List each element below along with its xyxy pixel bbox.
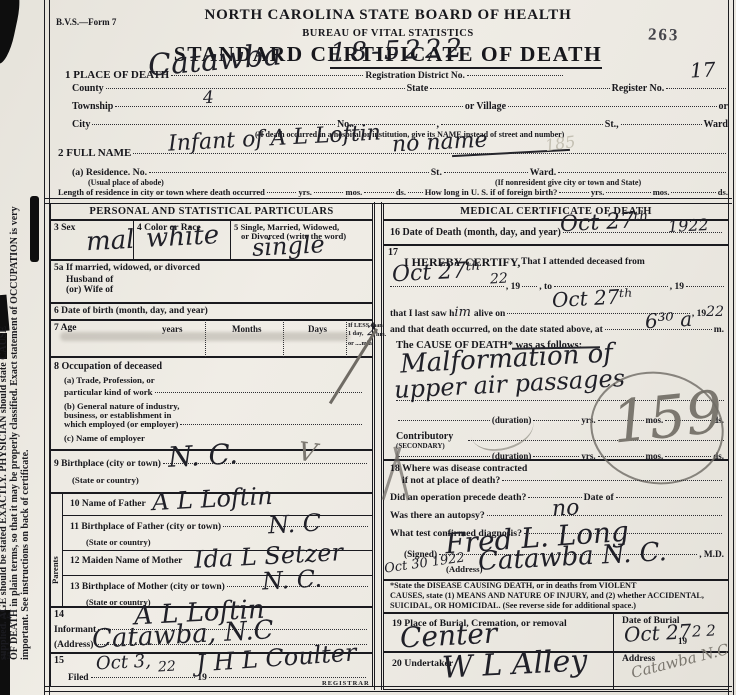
row-divider [62,575,373,576]
hw-filed-date: Oct 3, [96,653,152,674]
hw-mother-birthplace: N. C. [261,566,322,593]
filed-label: Filed [68,674,89,684]
dotted-leader [314,190,344,193]
dotted-leader [467,73,563,76]
hw-burial-year: 2 2 [692,623,717,639]
hw-attended-from: Oct 27ᵗʰ [391,260,481,287]
footnote-line-2: CAUSES, state (1) MEANS AND NATURE OF IN… [390,592,704,600]
dotted-leader [209,675,366,678]
dotted-leader [267,190,297,193]
burial-19-label: 19 [678,637,687,646]
dotted-leader [408,190,423,193]
occupation-a-label-2: particular kind of work [64,388,153,397]
hw-race: white [145,222,219,252]
margin-note-line: important. See instructions on back of c… [20,60,31,660]
register-no-label: Register No. [612,84,665,94]
center-column-rule [374,202,382,690]
last-saw-pre-label: that I last saw h [390,310,454,320]
dotted-leader [444,170,528,173]
length-label: Length of residence in city or town wher… [58,188,265,197]
howlong-label: How long in U. S. if of foreign birth? [425,188,558,197]
dotted-leader [502,478,722,481]
stamp-number: 263 [648,25,680,43]
hw-no-name: no name [391,130,488,157]
dotted-leader [115,104,463,107]
father-name-label: 10 Name of Father [70,500,146,510]
hw-last-saw-year: 22 [706,305,724,319]
disease-contracted-line: if not at place of death? [402,476,724,486]
dotted-leader [686,284,724,287]
hw-last-saw-date: Oct 27ᵗʰ [552,286,634,310]
hw-filed-year: 22 [158,660,177,675]
occupation-b-line: which employed (or employer) [64,420,364,429]
scan-artifact [0,0,24,66]
dotted-leader [533,454,579,457]
occupation-a-label-1: (a) Trade, Profession, or [64,376,155,385]
dotted-leader [106,86,405,89]
dotted-leader [508,104,717,107]
ward-label: Ward [704,120,728,130]
dotted-leader [522,284,537,287]
registrar-label: REGISTRAR [322,681,370,688]
operation-label: Did an operation precede death? [390,493,526,503]
hw-father-birthplace: N. C [267,511,321,538]
date-of-birth-label: 6 Date of birth (month, day, and year) [54,307,208,317]
occupation-b-label-3: which employed (or employer) [64,420,178,429]
margin-note: supplied. AGE should be stated EXACTLY. … [0,60,32,660]
hw-undertaker-signature: W L Alley [441,646,588,684]
board-title: NORTH CAROLINA STATE BOARD OF HEALTH [44,8,732,23]
contributory-label: Contributory [396,432,453,442]
county-line: County State Register No. [72,84,728,94]
sex-label: 3 Sex [54,224,75,234]
occupation-label: 8 Occupation of deceased [54,362,162,372]
mother-birthplace-line: 13 Birthplace of Mother (city or town) [70,583,370,593]
occupation-a-line: particular kind of work [64,388,364,397]
footnote-line-1: *State the DISEASE CAUSING DEATH, or in … [390,582,636,590]
duration2-label: (duration) [492,452,532,461]
registration-district-label: Registration District No. [365,72,464,82]
burial-cell-divider [613,613,614,652]
hw-father-name: A L Loftin [151,484,273,514]
father-birthplace-line: 11 Birthplace of Father (city or town) [70,523,370,533]
st-label: St., [605,120,619,130]
item-15-number: 15 [54,656,64,666]
dotted-leader [616,495,722,498]
birthplace-sub-label: (State or country) [72,476,139,485]
less-than-label-1: If LESS than [348,323,383,329]
dotted-leader [671,190,715,193]
birthplace-label: 9 Birthplace (city or town) [54,460,161,470]
city-label: City [72,120,90,130]
mother-birthplace-label: 13 Birthplace of Mother (city or town) [70,583,225,593]
dotted-leader [149,170,429,173]
cell-divider [230,220,231,260]
hw-attended-from-year: 22 [490,272,509,287]
mos2-label: mos. [653,188,670,197]
hw-time-of-death: 6³⁰ a [645,309,693,331]
physician-address-label: (Address) [446,565,483,574]
item-14-number: 14 [54,610,64,620]
hw-him: im [454,306,471,319]
undertaker-cell-divider [613,652,614,690]
yrs-label: yrs. [298,188,311,197]
hw-marital: single [251,232,325,260]
death-certificate-scan: 14 15 supplied. AGE should be stated EXA… [0,0,736,695]
dotted-leader [606,190,650,193]
dotted-leader [91,675,196,678]
row-divider [62,515,373,516]
yrs2-label: yrs. [591,188,604,197]
dotted-leader [398,454,490,457]
less-than-label-2: 1 day, [348,331,363,337]
dotted-leader [559,190,589,193]
hw-sex: mal [85,227,135,256]
informant-address-label: (Address) [54,641,93,651]
county-label: County [72,84,104,94]
dotted-leader [621,122,702,125]
dotted-leader [155,390,362,393]
dotted-leader [430,86,609,89]
parents-side-label: Parents [51,556,60,584]
city-line: City No. , St., Ward [72,120,728,130]
residence-line: (a) Residence. No. St. Ward. [72,168,728,178]
father-birthplace-sub-label: (State or country) [86,538,151,547]
item-5a-label: 5a If married, widowed, or divorced [54,264,200,274]
hw-registration-district: 18-5222 [330,36,467,67]
or-label: or [719,102,728,112]
footnote-line-3: SUICIDAL, OR HOMICIDAL. (See reverse sid… [390,602,636,610]
autopsy-label: Was there an autopsy? [390,511,485,521]
wife-of-label: (or) Wife of [66,286,113,296]
hw-date-of-death-year: 1922 [668,217,710,235]
personal-section-title: PERSONAL AND STATISTICAL PARTICULARS [50,207,373,218]
hw-township: 4 [203,90,215,108]
duration2-yrs-label: yrs. [581,452,595,461]
township-label: Township [72,102,113,112]
residence-label: (a) Residence. No. [72,168,147,178]
faint-stamp: 185 [544,134,576,154]
dotted-leader [558,170,726,173]
township-line: Township or Village or [72,102,728,112]
length-of-residence-line: Length of residence in city or town wher… [58,188,728,197]
hw-check-mark: V [296,439,318,467]
informant-label: Informant [54,626,96,636]
occupation-c-label: (c) Name of employer [64,434,145,443]
dotted-leader [533,418,579,421]
to-label: , to [539,283,552,293]
death-occurred-label: and that death occurred, on the date sta… [390,326,603,336]
dotted-leader [441,122,603,125]
last-saw-19-label: , 19 [692,310,706,320]
pencil-smudge [60,332,350,341]
nonresident-note: (If nonresident give city or town and St… [495,179,641,187]
full-name-label: 2 FULL NAME [58,148,131,159]
dotted-leader [180,422,362,425]
to-19-label: , 19 [670,283,684,293]
secondary-label: (SECONDARY) [396,443,445,450]
hw-date-of-death: Oct 27ᵗʰ [559,210,649,237]
comma: , [437,120,440,130]
mos-label: mos. [345,188,362,197]
md-label: , M.D. [699,551,724,560]
date-of-death-label: 16 Date of Death (month, day, and year) [390,228,561,238]
village-label: or Village [465,102,506,112]
operation-date-of-label: Date of [584,493,614,503]
ds2-label: ds. [718,188,728,197]
certify-rest-label: That I attended deceased from [521,258,645,268]
ds-label: ds. [396,188,406,197]
abode-note: (Usual place of abode) [88,179,164,187]
residence-ward-label: Ward. [530,168,556,178]
mother-name-label: 12 Maiden Name of Mother [70,557,182,567]
place-of-death-line: 1 PLACE OF DEATH Registration District N… [65,70,565,82]
dotted-leader [364,190,394,193]
dotted-leader [666,86,726,89]
father-birthplace-label: 11 Birthplace of Father (city or town) [70,523,221,533]
margin-note-line: supplied. AGE should be stated EXACTLY. … [0,60,9,660]
title-underline [330,67,602,69]
hw-birthplace: N. C. [167,440,238,472]
disease-contracted-label: 18 Where was disease contracted [390,464,527,474]
margin-note-line: OF DEATH in plain terms, so that it may … [9,60,20,660]
hw-burial-place: Center [399,619,498,652]
m-label: m. [714,326,724,336]
state-label: State [407,84,429,94]
residence-st-label: St. [431,168,442,178]
item-17-number: 17 [388,248,398,258]
hw-register-no: 17 [689,59,715,80]
last-saw-post-label: alive on [474,310,505,320]
disease-contracted-label-2: if not at place of death? [402,476,500,486]
